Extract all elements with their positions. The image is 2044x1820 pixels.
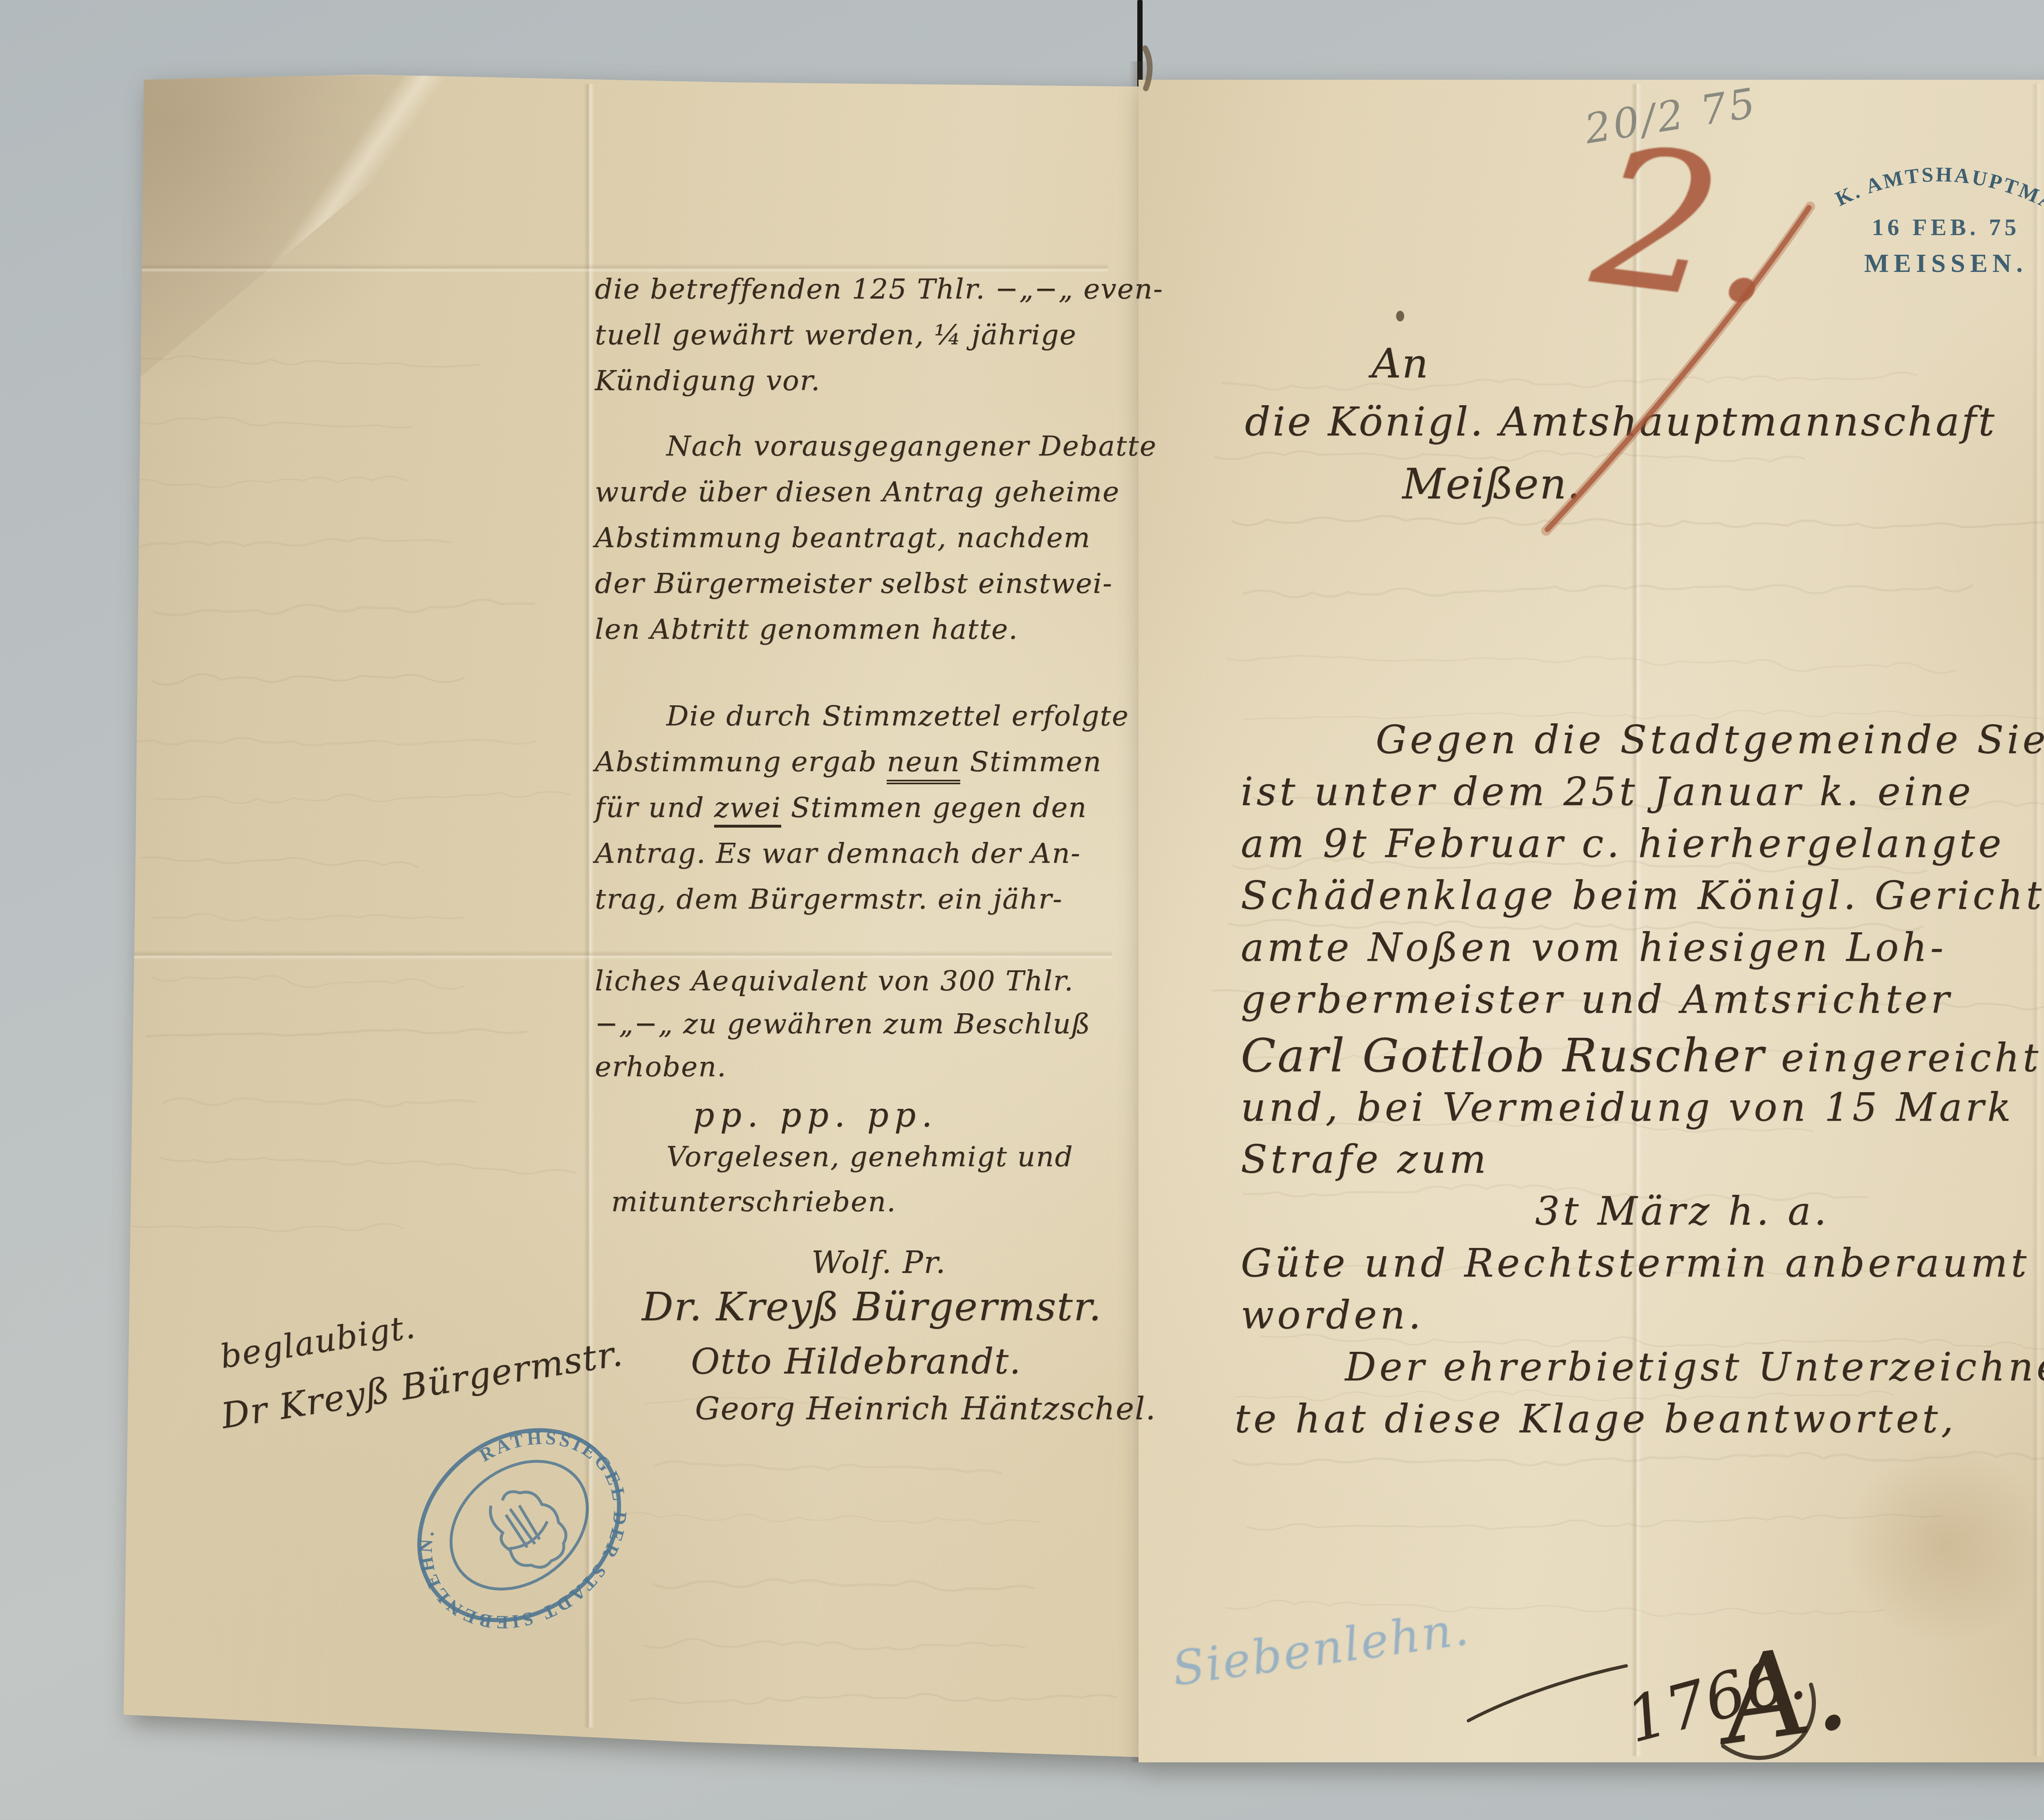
manuscript-line: Gegen die Stadtgemeinde Siebenlehn (1376, 718, 2044, 763)
manuscript-line: Kündigung vor. (595, 365, 820, 397)
manuscript-line: −„−„ zu gewähren zum Beschluß (595, 1008, 1091, 1040)
manuscript-line: der Bürgermeister selbst einstwei- (595, 568, 1113, 600)
manuscript-line: liches Aequivalent von 300 Thlr. (595, 965, 1074, 997)
ghost-writing-stroke (1243, 585, 1973, 597)
closing-marks: pp. pp. pp. (693, 1096, 938, 1135)
ghost-writing-stroke (151, 976, 464, 989)
address-line: An (1372, 339, 1429, 387)
ghost-writing-stroke (653, 1579, 1035, 1591)
ghost-writing-stroke (139, 538, 452, 547)
manuscript-line: Antrag. Es war demnach der An- (595, 837, 1081, 870)
ghost-writing-stroke (1233, 1452, 2044, 1465)
line-fragment: Abstimmung ergab (595, 746, 887, 778)
ghost-writing-stroke (163, 1098, 476, 1106)
plaintiff-name: Carl Gottlob Ruscher (1241, 1029, 1766, 1082)
ghost-writing-stroke (154, 792, 571, 803)
manuscript-line: Carl Gottlob Ruscher eingereicht (1241, 1029, 2042, 1082)
signature-line: Otto Hildebrandt. (691, 1341, 1021, 1382)
ghost-writing-stroke (630, 1694, 1116, 1704)
ghost-writing-stroke (1232, 516, 2044, 528)
left-page-text: die betreffenden 125 Thlr. −„−„ even- tu… (595, 59, 1143, 1286)
manuscript-line: te hat diese Klage beantwortet, (1235, 1397, 1957, 1442)
corner-fold-crease (139, 76, 499, 378)
page-crease (1631, 84, 1642, 1756)
manuscript-line: Güte und Rechtstermin anberaumt (1241, 1241, 2030, 1286)
ghost-writing (1139, 80, 2044, 1762)
manuscript-line: und, bei Vermeidung von 15 Mark (1241, 1085, 2014, 1130)
manuscript-line: tuell gewährt werden, ¼ jährige (595, 319, 1077, 351)
archival-scan: { "annotations": { "pencil_date": "20/2 … (0, 0, 2044, 1820)
manuscript-line: Schädenklage beim Königl. Gerichts- (1241, 873, 2044, 918)
right-page (1139, 80, 2044, 1762)
manuscript-line: Vorgelesen, genehmigt und (595, 1141, 1074, 1173)
stamp-date: 16 FEB. 75 (1872, 214, 2020, 240)
file-number-letter: A. (1714, 1617, 1857, 1771)
manuscript-line: wurde über diesen Antrag geheime (595, 476, 1120, 508)
signature-line: Dr. Kreyß Bürgermstr. (642, 1284, 1102, 1330)
seal-crest (480, 1477, 578, 1579)
manuscript-line: len Abtritt genommen hatte. (595, 613, 1018, 646)
ghost-writing-stroke (135, 417, 413, 427)
manuscript-line: mitunterschrieben. (611, 1186, 896, 1218)
manuscript-line: amte Noßen vom hiesigen Loh- (1241, 925, 1947, 970)
address-line: die Königl. Amtshauptmannschaft (1245, 399, 1997, 445)
ghost-writing-stroke (119, 738, 536, 745)
signature-line: Georg Heinrich Häntzschel. (695, 1390, 1156, 1427)
manuscript-line: Strafe zum (1241, 1137, 1489, 1182)
manuscript-line: Abstimmung beantragt, nachdem (595, 522, 1091, 554)
stamp-arc-text: K. AMTSHAUPTMANNSCHAFT (1786, 151, 2044, 216)
ghost-writing-stroke (1247, 1515, 1942, 1530)
ghost-writing-stroke (153, 599, 535, 615)
address-line: Meißen. (1402, 460, 1581, 509)
ghost-writing-stroke (129, 476, 407, 487)
stamp-place: MEISSEN. (1864, 249, 2028, 278)
ghost-writing-stroke (126, 1224, 404, 1232)
manuscript-line: ist unter dem 25t Januar k. eine (1241, 770, 1974, 815)
line-fragment: für und (595, 792, 714, 824)
ghost-writing-stroke (151, 914, 464, 921)
line-fragment: eingereicht (1766, 1036, 2042, 1081)
manuscript-line: Abstimmung ergab neun Stimmen (595, 746, 1102, 778)
ink-blot (1396, 311, 1404, 321)
line-fragment: Stimmen gegen den (781, 792, 1087, 824)
manuscript-line: erhoben. (595, 1051, 727, 1083)
ghost-writing-stroke (1226, 656, 1956, 673)
page-crease (2032, 84, 2042, 1756)
manuscript-line: trag, dem Bürgermstr. ein jähr- (595, 883, 1063, 916)
line-fragment: Stimmen (960, 746, 1102, 778)
manuscript-line: Nach vorausgegangener Debatte (595, 430, 1157, 462)
ghost-writing-stroke (146, 1029, 528, 1037)
manuscript-line: für und zwei Stimmen gegen den (595, 792, 1087, 824)
ghost-writing-stroke (152, 674, 465, 685)
ghost-writing-stroke (655, 1461, 1002, 1474)
manuscript-line: gerbermeister und Amtsrichter (1241, 977, 1952, 1022)
manuscript-line: worden. (1241, 1293, 1424, 1338)
ghost-writing-stroke (159, 1157, 576, 1174)
ghost-writing-stroke (624, 1513, 1041, 1524)
ghost-writing-stroke (140, 857, 418, 867)
vote-count-underlined: zwei (714, 792, 781, 828)
receipt-stamp: K. AMTSHAUPTMANNSCHAFT 16 FEB. 75 MEISSE… (1786, 151, 2044, 290)
ghost-writing-stroke (643, 1639, 1026, 1650)
vote-count-underlined: neun (887, 746, 960, 784)
ghost-writing-stroke (133, 356, 480, 367)
signature-line: Wolf. Pr. (811, 1245, 946, 1280)
right-page-paper (1139, 80, 2044, 1762)
svg-text:K. AMTSHAUPTMANNSCHAFT: K. AMTSHAUPTMANNSCHAFT (1786, 151, 2044, 216)
hearing-date-line: 3t März h. a. (1535, 1189, 1830, 1234)
manuscript-line: die betreffenden 125 Thlr. −„−„ even- (595, 273, 1163, 305)
ghost-writing-stroke (1225, 1600, 1885, 1616)
ghost-writing-stroke (1222, 373, 1917, 390)
red-index-number: 2. (1583, 104, 1793, 349)
manuscript-line: Die durch Stimmzettel erfolgte (595, 700, 1129, 732)
manuscript-line: am 9t Februar c. hierhergelangte (1241, 821, 2004, 866)
manuscript-line: Der ehrerbietigst Unterzeichne- (1345, 1345, 2044, 1390)
